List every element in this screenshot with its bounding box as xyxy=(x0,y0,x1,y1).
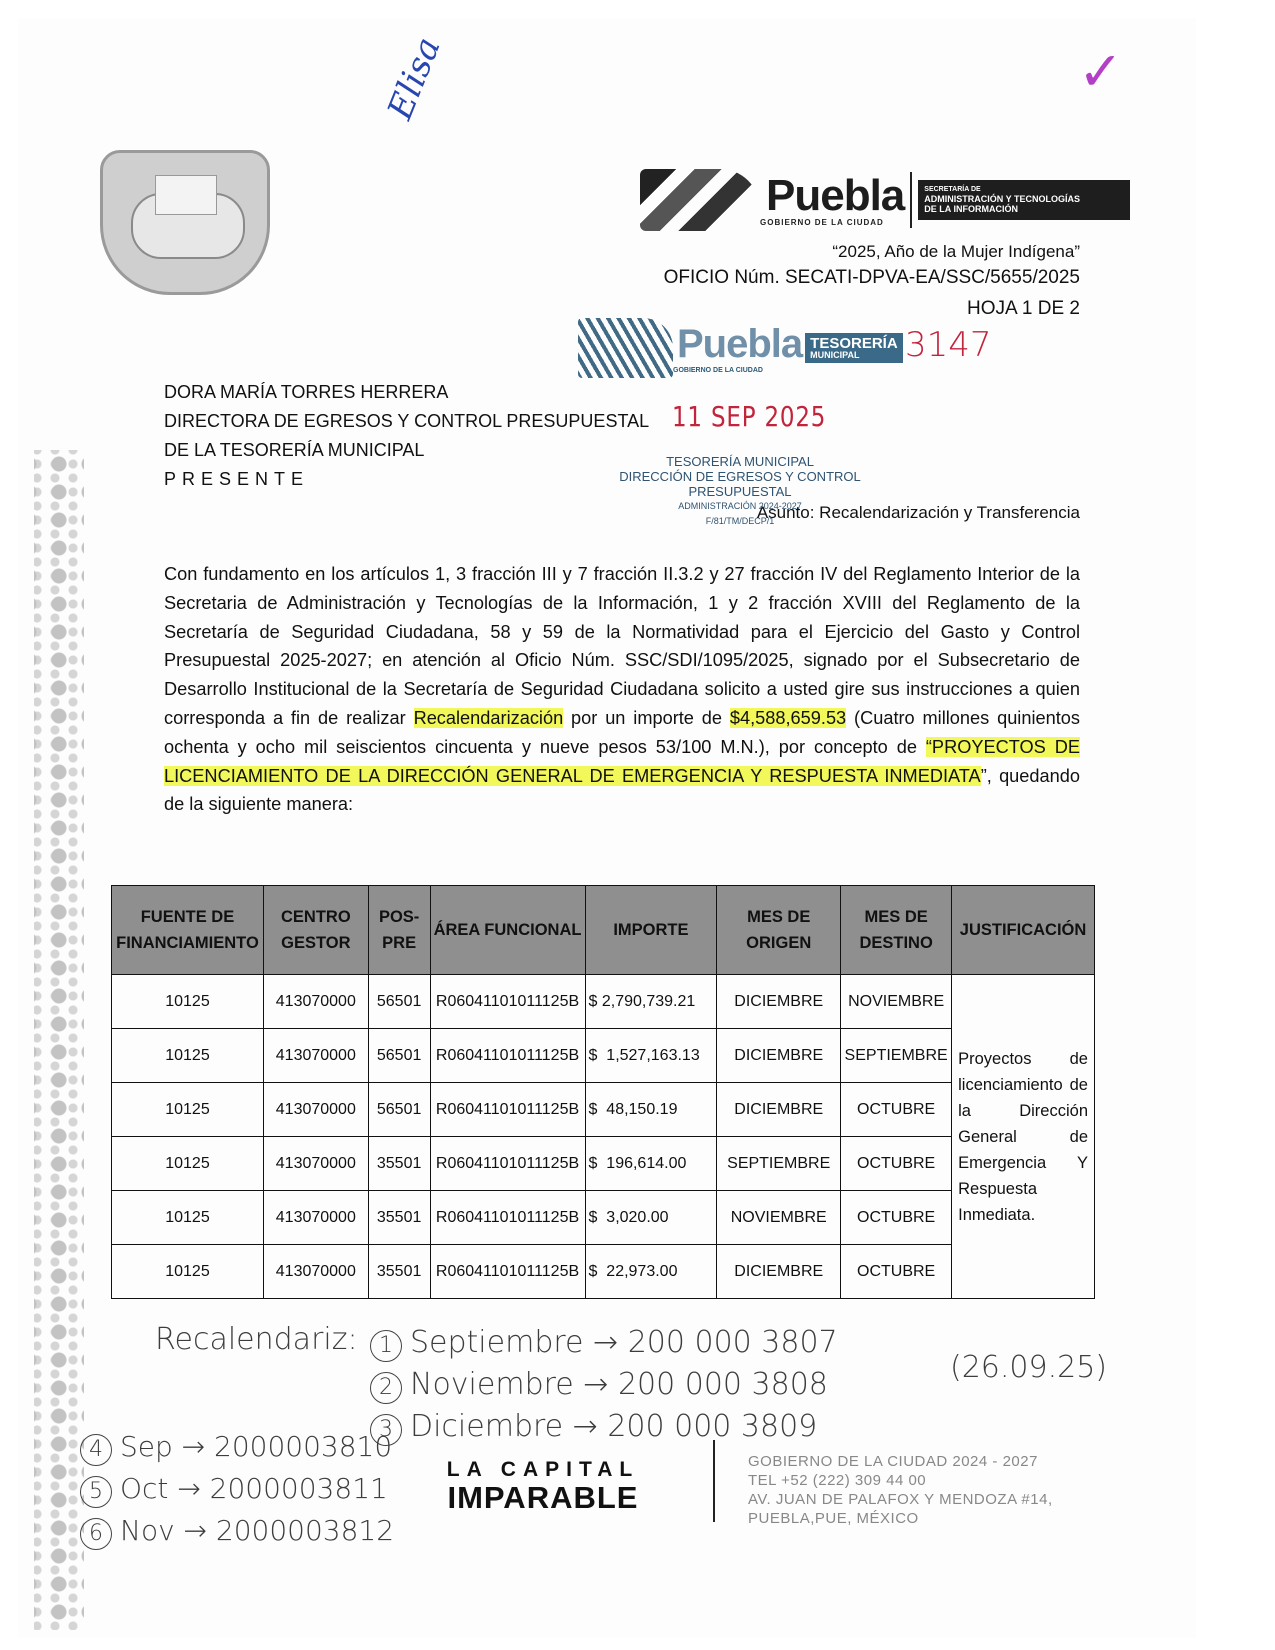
cell-pospre: 35501 xyxy=(368,1137,430,1191)
decorative-border xyxy=(34,450,84,1630)
page-indicator: HOJA 1 DE 2 xyxy=(967,298,1080,320)
circled-number: 1 xyxy=(370,1330,402,1362)
header-mes-destino: MES DE DESTINO xyxy=(841,886,952,975)
cell-importe: $ 22,973.00 xyxy=(585,1245,717,1299)
cell-fuente: 10125 xyxy=(112,1137,264,1191)
cell-pospre: 35501 xyxy=(368,1245,430,1299)
footer-contact-info: GOBIERNO DE LA CIUDAD 2024 - 2027 TEL +5… xyxy=(748,1452,1053,1528)
logo-subtitle: GOBIERNO DE LA CIUDAD xyxy=(760,218,904,227)
city-seal-logo xyxy=(100,150,270,295)
secretaria-label: SECRETARÍA DE ADMINISTRACIÓN Y TECNOLOGÍ… xyxy=(918,180,1130,221)
body-paragraph: Con fundamento en los artículos 1, 3 fra… xyxy=(164,560,1080,819)
cell-area: R06041101011125B xyxy=(430,1083,585,1137)
secretaria-line1: SECRETARÍA DE xyxy=(924,186,1124,194)
addressee-title: DIRECTORA DE EGRESOS Y CONTROL PRESUPUES… xyxy=(164,407,649,436)
handwritten-list-main: 1Septiembre → 200 000 38072Noviembre → 2… xyxy=(370,1322,838,1448)
cell-centro: 413070000 xyxy=(263,1083,368,1137)
cell-area: R06041101011125B xyxy=(430,975,585,1029)
addressee-name: DORA MARÍA TORRES HERRERA xyxy=(164,378,649,407)
cell-origen: DICIEMBRE xyxy=(717,975,841,1029)
logo-wordmark: Puebla xyxy=(766,174,904,218)
handwritten-item-text: Diciembre → 200 000 3809 xyxy=(410,1409,817,1444)
table-row: 1012541307000056501R06041101011125B$ 48,… xyxy=(112,1083,1095,1137)
handwritten-item-text: Sep → 2000003810 xyxy=(120,1430,392,1463)
oficio-number: OFICIO Núm. SECATI-DPVA-EA/SSC/5655/2025 xyxy=(664,267,1080,289)
footer-government: GOBIERNO DE LA CIUDAD 2024 - 2027 xyxy=(748,1452,1053,1471)
footer-separator xyxy=(713,1440,715,1522)
handwritten-item: 1Septiembre → 200 000 3807 xyxy=(370,1322,838,1364)
footer-brand: LA CAPITAL IMPARABLE xyxy=(398,1458,688,1514)
table-row: 1012541307000056501R06041101011125B$ 2,7… xyxy=(112,975,1095,1029)
cell-origen: DICIEMBRE xyxy=(717,1029,841,1083)
cell-pospre: 56501 xyxy=(368,1083,430,1137)
puebla-secati-logo: Puebla GOBIERNO DE LA CIUDAD SECRETARÍA … xyxy=(640,165,1150,235)
header-pospre: POS-PRE xyxy=(368,886,430,975)
circled-number: 5 xyxy=(80,1476,112,1508)
puebla-emblem-icon xyxy=(578,318,673,378)
cell-destino: OCTUBRE xyxy=(841,1083,952,1137)
received-stamp-date: 11 SEP 2025 xyxy=(672,400,826,433)
circled-number: 2 xyxy=(370,1372,402,1404)
cell-fuente: 10125 xyxy=(112,975,264,1029)
cell-fuente: 10125 xyxy=(112,1029,264,1083)
cell-centro: 413070000 xyxy=(263,975,368,1029)
logo-separator xyxy=(910,172,912,228)
header-fuente: FUENTE DE FINANCIAMIENTO xyxy=(112,886,264,975)
subject-line: Asunto: Recalendarización y Transferenci… xyxy=(757,503,1080,523)
handwritten-item: 3Diciembre → 200 000 3809 xyxy=(370,1406,838,1448)
handwritten-item: 5Oct → 2000003811 xyxy=(80,1468,394,1510)
year-motto: “2025, Año de la Mujer Indígena” xyxy=(832,242,1080,262)
handwritten-item-text: Noviembre → 200 000 3808 xyxy=(410,1367,828,1402)
cell-fuente: 10125 xyxy=(112,1191,264,1245)
table-row: 1012541307000056501R06041101011125B$ 1,5… xyxy=(112,1029,1095,1083)
footer-address: AV. JUAN DE PALAFOX Y MENDOZA #14, xyxy=(748,1490,1053,1509)
check-mark-icon: ✓ xyxy=(1078,40,1123,103)
tesoreria-stamp-logo: Puebla GOBIERNO DE LA CIUDAD TESORERÍA M… xyxy=(578,315,908,380)
cell-fuente: 10125 xyxy=(112,1083,264,1137)
addressee-presente: PRESENTE xyxy=(164,465,649,494)
cell-origen: DICIEMBRE xyxy=(717,1083,841,1137)
body-text: Con fundamento en los artículos 1, 3 fra… xyxy=(164,564,1080,728)
cell-area: R06041101011125B xyxy=(430,1029,585,1083)
cell-pospre: 35501 xyxy=(368,1191,430,1245)
cell-centro: 413070000 xyxy=(263,1191,368,1245)
cell-destino: OCTUBRE xyxy=(841,1137,952,1191)
addressee-block: DORA MARÍA TORRES HERRERA DIRECTORA DE E… xyxy=(164,378,649,494)
table-row: 1012541307000035501R06041101011125B$ 22,… xyxy=(112,1245,1095,1299)
handwritten-item-text: Septiembre → 200 000 3807 xyxy=(410,1325,838,1360)
cell-importe: $ 2,790,739.21 xyxy=(585,975,717,1029)
cell-centro: 413070000 xyxy=(263,1029,368,1083)
cell-fuente: 10125 xyxy=(112,1245,264,1299)
handwritten-date: (26.09.25) xyxy=(950,1350,1107,1385)
cell-centro: 413070000 xyxy=(263,1137,368,1191)
header-mes-origen: MES DE ORIGEN xyxy=(717,886,841,975)
table-header-row: FUENTE DE FINANCIAMIENTO CENTRO GESTOR P… xyxy=(112,886,1095,975)
cell-area: R06041101011125B xyxy=(430,1245,585,1299)
recalendarization-table: FUENTE DE FINANCIAMIENTO CENTRO GESTOR P… xyxy=(111,885,1095,1299)
handwritten-item-text: Nov → 2000003812 xyxy=(120,1514,394,1547)
tesoreria-title: TESORERÍA xyxy=(810,335,898,352)
cell-importe: $ 3,020.00 xyxy=(585,1191,717,1245)
highlight-recalendarizacion: Recalendarización xyxy=(414,708,564,728)
tesoreria-label: TESORERÍA MUNICIPAL xyxy=(805,333,903,363)
tesoreria-subtitle: MUNICIPAL xyxy=(810,351,898,360)
table-row: 1012541307000035501R06041101011125B$ 3,0… xyxy=(112,1191,1095,1245)
cell-origen: SEPTIEMBRE xyxy=(717,1137,841,1191)
cell-destino: OCTUBRE xyxy=(841,1245,952,1299)
body-text: por un importe de xyxy=(563,708,730,728)
highlight-amount: $4,588,659.53 xyxy=(730,708,846,728)
cell-destino: OCTUBRE xyxy=(841,1191,952,1245)
footer-phone: TEL +52 (222) 309 44 00 xyxy=(748,1471,1053,1490)
table-row: 1012541307000035501R06041101011125B$ 196… xyxy=(112,1137,1095,1191)
footer-city: PUEBLA,PUE, MÉXICO xyxy=(748,1509,1053,1528)
header-justificacion: JUSTIFICACIÓN xyxy=(952,886,1095,975)
received-stamp-number: 3147 xyxy=(905,325,992,365)
puebla-emblem-icon xyxy=(640,169,760,231)
circled-number: 4 xyxy=(80,1434,112,1466)
cell-destino: SEPTIEMBRE xyxy=(841,1029,952,1083)
cell-origen: DICIEMBRE xyxy=(717,1245,841,1299)
cell-importe: $ 196,614.00 xyxy=(585,1137,717,1191)
handwritten-item: 4Sep → 2000003810 xyxy=(80,1426,394,1468)
footer-brand-line1: LA CAPITAL xyxy=(398,1458,688,1482)
cell-pospre: 56501 xyxy=(368,1029,430,1083)
circled-number: 6 xyxy=(80,1518,112,1550)
cell-area: R06041101011125B xyxy=(430,1137,585,1191)
cell-importe: $ 1,527,163.13 xyxy=(585,1029,717,1083)
handwritten-item: 6Nov → 2000003812 xyxy=(80,1510,394,1552)
handwritten-item-text: Oct → 2000003811 xyxy=(120,1472,388,1505)
cell-destino: NOVIEMBRE xyxy=(841,975,952,1029)
cell-pospre: 56501 xyxy=(368,975,430,1029)
cell-importe: $ 48,150.19 xyxy=(585,1083,717,1137)
cell-centro: 413070000 xyxy=(263,1245,368,1299)
seal-castle-icon xyxy=(155,175,217,215)
handwritten-item: 2Noviembre → 200 000 3808 xyxy=(370,1364,838,1406)
footer-brand-line2: IMPARABLE xyxy=(398,1482,688,1514)
cell-justificacion: Proyectos de licenciamiento de la Direcc… xyxy=(952,975,1095,1299)
handwritten-list-side: 4Sep → 20000038105Oct → 20000038116Nov →… xyxy=(80,1426,394,1552)
header-centro-gestor: CENTRO GESTOR xyxy=(263,886,368,975)
secretaria-line2: ADMINISTRACIÓN Y TECNOLOGÍAS xyxy=(924,194,1124,204)
stamp-wordmark: Puebla xyxy=(677,322,802,367)
stamp-logo-subtitle: GOBIERNO DE LA CIUDAD xyxy=(673,367,802,374)
cell-area: R06041101011125B xyxy=(430,1191,585,1245)
addressee-department: DE LA TESORERÍA MUNICIPAL xyxy=(164,436,649,465)
header-importe: IMPORTE xyxy=(585,886,717,975)
secretaria-line3: DE LA INFORMACIÓN xyxy=(924,204,1124,214)
cell-origen: NOVIEMBRE xyxy=(717,1191,841,1245)
handwritten-label: Recalendariz: xyxy=(155,1322,358,1357)
header-area-funcional: ÁREA FUNCIONAL xyxy=(430,886,585,975)
